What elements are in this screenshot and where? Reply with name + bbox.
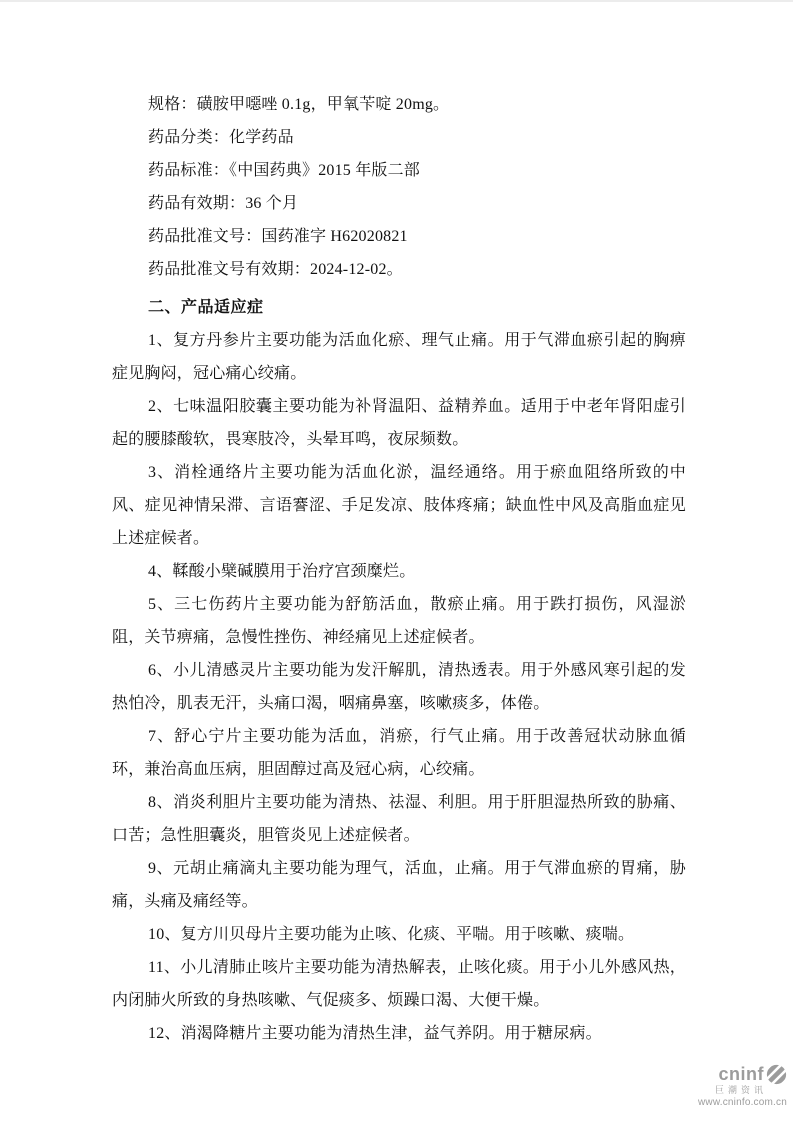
indication-item-2: 2、七味温阳胶囊主要功能为补肾温阳、益精养血。适用于中老年肾阳虚引起的腰膝酸软，… [112,390,686,456]
indication-item-8: 8、消炎利胆片主要功能为清热、祛湿、利胆。用于肝胆湿热所致的胁痛、口苦；急性胆囊… [112,786,686,852]
indication-item-5: 5、三七伤药片主要功能为舒筋活血，散瘀止痛。用于跌打损伤，风湿淤阻，关节痹痛，急… [112,588,686,654]
info-line-standard: 药品标准：《中国药典》2015 年版二部 [112,154,686,187]
cninfo-brand-text: cninf [719,1065,765,1085]
info-line-validity: 药品有效期：36 个月 [112,187,686,220]
indication-item-4: 4、鞣酸小檗碱膜用于治疗宫颈糜烂。 [112,555,686,588]
info-line-approval-number: 药品批准文号：国药准字 H62020821 [112,220,686,253]
info-line-spec: 规格：磺胺甲噁唑 0.1g，甲氧苄啶 20mg。 [112,88,686,121]
cninfo-brand-cn: 巨潮资讯 [698,1086,767,1096]
info-line-category: 药品分类：化学药品 [112,121,686,154]
cninfo-watermark: cninf 巨潮资讯 www.cninfo.com.cn [698,1064,787,1108]
document-page: 规格：磺胺甲噁唑 0.1g，甲氧苄啶 20mg。 药品分类：化学药品 药品标准：… [0,0,793,1122]
indication-item-9: 9、元胡止痛滴丸主要功能为理气，活血，止痛。用于气滞血瘀的胃痛，胁痛，头痛及痛经… [112,852,686,918]
indication-item-11: 11、小儿清肺止咳片主要功能为清热解表，止咳化痰。用于小儿外感风热，内闭肺火所致… [112,951,686,1017]
indication-item-6: 6、小儿清感灵片主要功能为发汗解肌，清热透表。用于外感风寒引起的发热怕冷，肌表无… [112,654,686,720]
indication-item-7: 7、舒心宁片主要功能为活血，消瘀，行气止痛。用于改善冠状动脉血循环，兼治高血压病… [112,720,686,786]
cninfo-brand-row: cninf [698,1064,787,1085]
page-top-edge [0,0,793,2]
indication-item-10: 10、复方川贝母片主要功能为止咳、化痰、平喘。用于咳嗽、痰喘。 [112,918,686,951]
document-body: 规格：磺胺甲噁唑 0.1g，甲氧苄啶 20mg。 药品分类：化学药品 药品标准：… [112,88,686,1050]
cninfo-url: www.cninfo.com.cn [698,1097,787,1108]
indication-item-3: 3、消栓通络片主要功能为活血化淤，温经通络。用于瘀血阻络所致的中风、症见神情呆滞… [112,456,686,555]
section-heading-indications: 二、产品适应症 [112,291,686,324]
cninfo-swoosh-icon [766,1064,787,1085]
indication-item-1: 1、复方丹参片主要功能为活血化瘀、理气止痛。用于气滞血瘀引起的胸痹症见胸闷，冠心… [112,324,686,390]
info-line-approval-validity: 药品批准文号有效期：2024-12-02。 [112,253,686,286]
indication-item-12: 12、消渴降糖片主要功能为清热生津，益气养阴。用于糖尿病。 [112,1017,686,1050]
